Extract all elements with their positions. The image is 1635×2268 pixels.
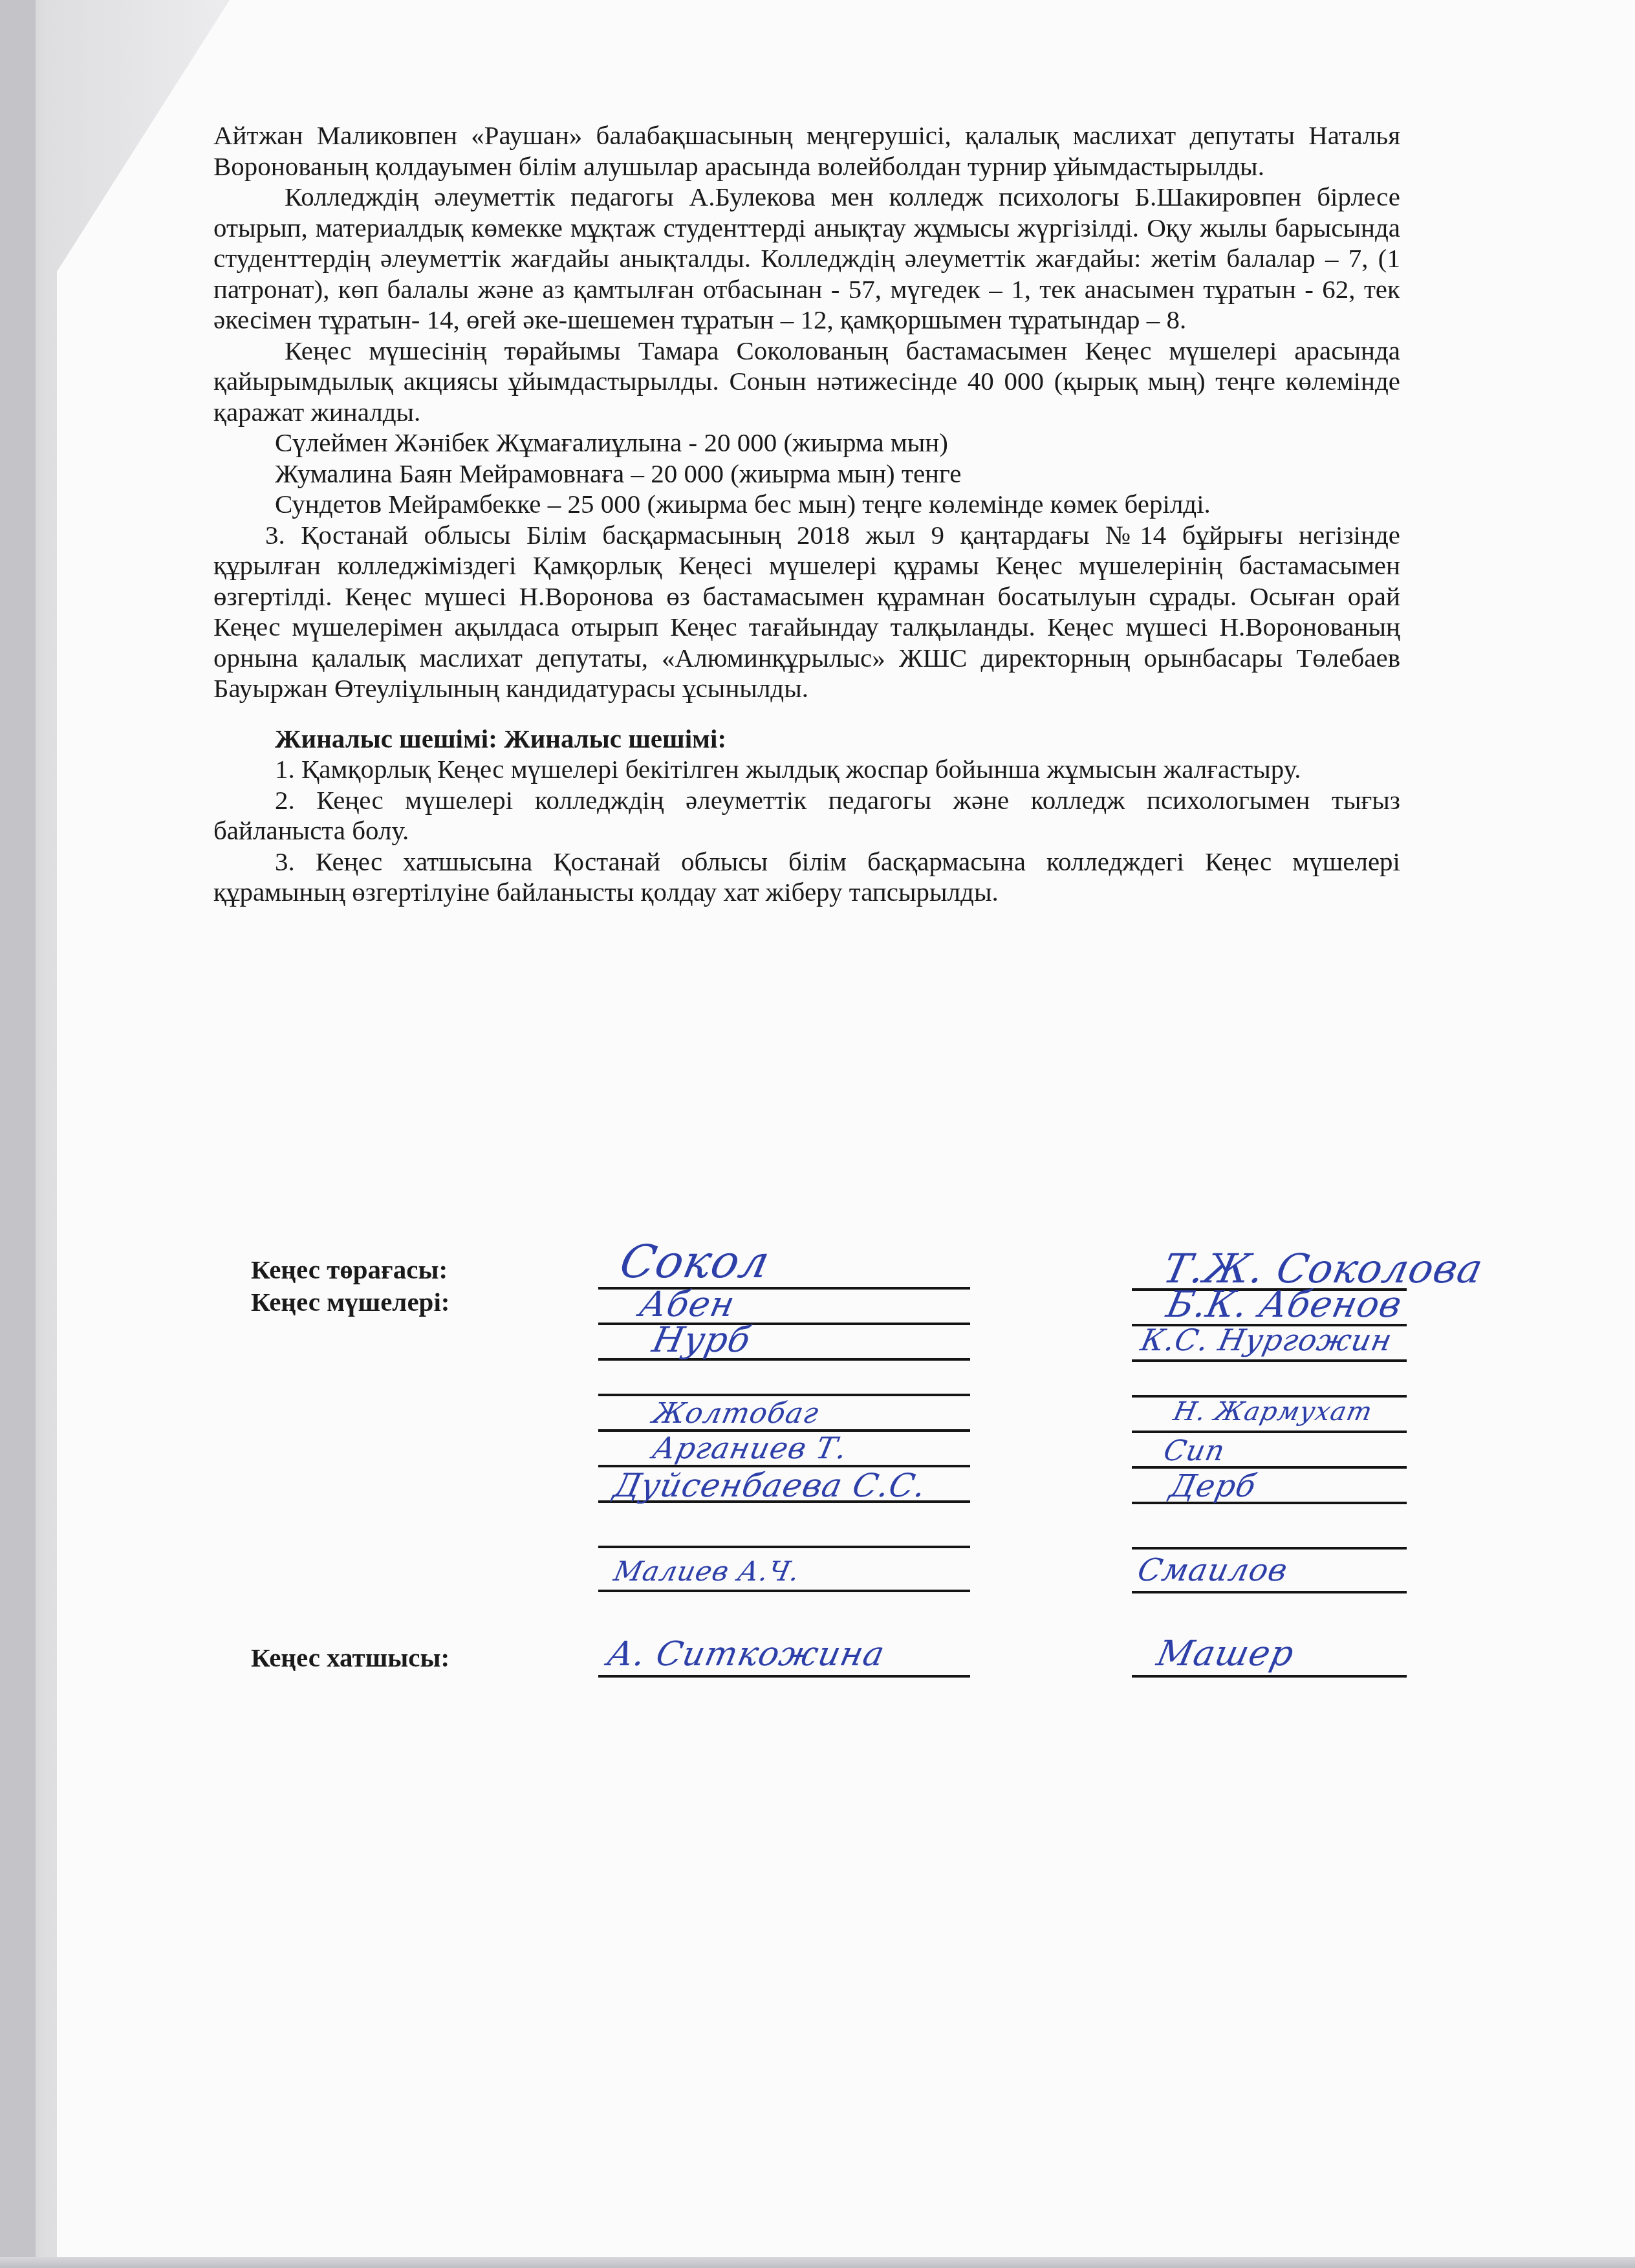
decision-item-3: 3. Кеңес хатшысына Қостанай облысы білім… [213,847,1400,908]
paragraph-council-composition: 3. Қостанай облысы Білім басқармасының 2… [213,520,1400,704]
handwritten-signature: Смаилов [1134,1552,1291,1588]
signature-line [598,1590,970,1592]
handwritten-signature: Н. Жармухаm [1171,1397,1375,1427]
handwritten-signature: А. Ситкожина [604,1635,889,1674]
donation-line-1: Сүлеймен Жәнібек Жұмағалиұлына - 20 000 … [213,427,1400,459]
paragraph-charity-action: Кеңес мүшесінің төрайымы Тамара Соколова… [213,336,1400,428]
paragraph-tournament: Айтжан Маликовпен «Раушан» балабақшасыны… [213,120,1400,182]
scan-bottom-edge [0,2257,1635,2268]
signature-line [1132,1431,1407,1433]
document-page: Айтжан Маликовпен «Раушан» балабақшасыны… [0,0,1635,2268]
signature-line [1132,1675,1407,1678]
handwritten-signature: Дерб [1167,1468,1259,1504]
donation-line-2: Жумалина Баян Мейрамовнаға – 20 000 (жиы… [213,459,1400,490]
handwritten-signature: Дуйсенбаева С.С. [611,1467,930,1504]
signature-line [1132,1591,1407,1593]
handwritten-signature: Жолтобаг [650,1397,822,1430]
secretary-label: Кеңес хатшысы: [251,1643,449,1673]
decision-heading: Жиналыс шешімі: Жиналыс шешімі: [213,724,1400,755]
signature-line [598,1546,970,1548]
handwritten-signature: Арганиев Т. [649,1431,850,1465]
members-label: Кеңес мүшелері: [251,1287,449,1317]
handwritten-signature: Малиев А.Ч. [611,1555,803,1587]
handwritten-signature: Сокол [615,1235,775,1288]
handwritten-signature: Нурб [649,1319,754,1360]
chair-label: Кеңес төрағасы: [251,1255,448,1285]
handwritten-signature: Сип [1161,1434,1228,1467]
spacer [213,704,1400,724]
signature-line [598,1394,970,1396]
signature-line [1132,1547,1407,1550]
document-body: Айтжан Маликовпен «Раушан» балабақшасыны… [213,120,1400,908]
signature-line [1132,1359,1407,1362]
signature-line [598,1675,970,1678]
handwritten-signature: Б.К. Абенов [1163,1284,1406,1326]
decision-item-2: 2. Кеңес мүшелері колледждің әлеуметтік … [213,785,1400,847]
paragraph-social-status: Колледждің әлеуметтік педагогы А.Булеков… [213,182,1400,336]
handwritten-signature: Машер [1153,1633,1298,1674]
donation-line-3: Сундетов Мейрамбекке – 25 000 (жиырма бе… [213,489,1400,520]
decision-item-1: 1. Қамқорлық Кеңес мүшелері бекітілген ж… [213,754,1400,785]
handwritten-signature: Абен [636,1284,739,1324]
handwritten-signature: К.С. Нургожин [1138,1323,1396,1357]
